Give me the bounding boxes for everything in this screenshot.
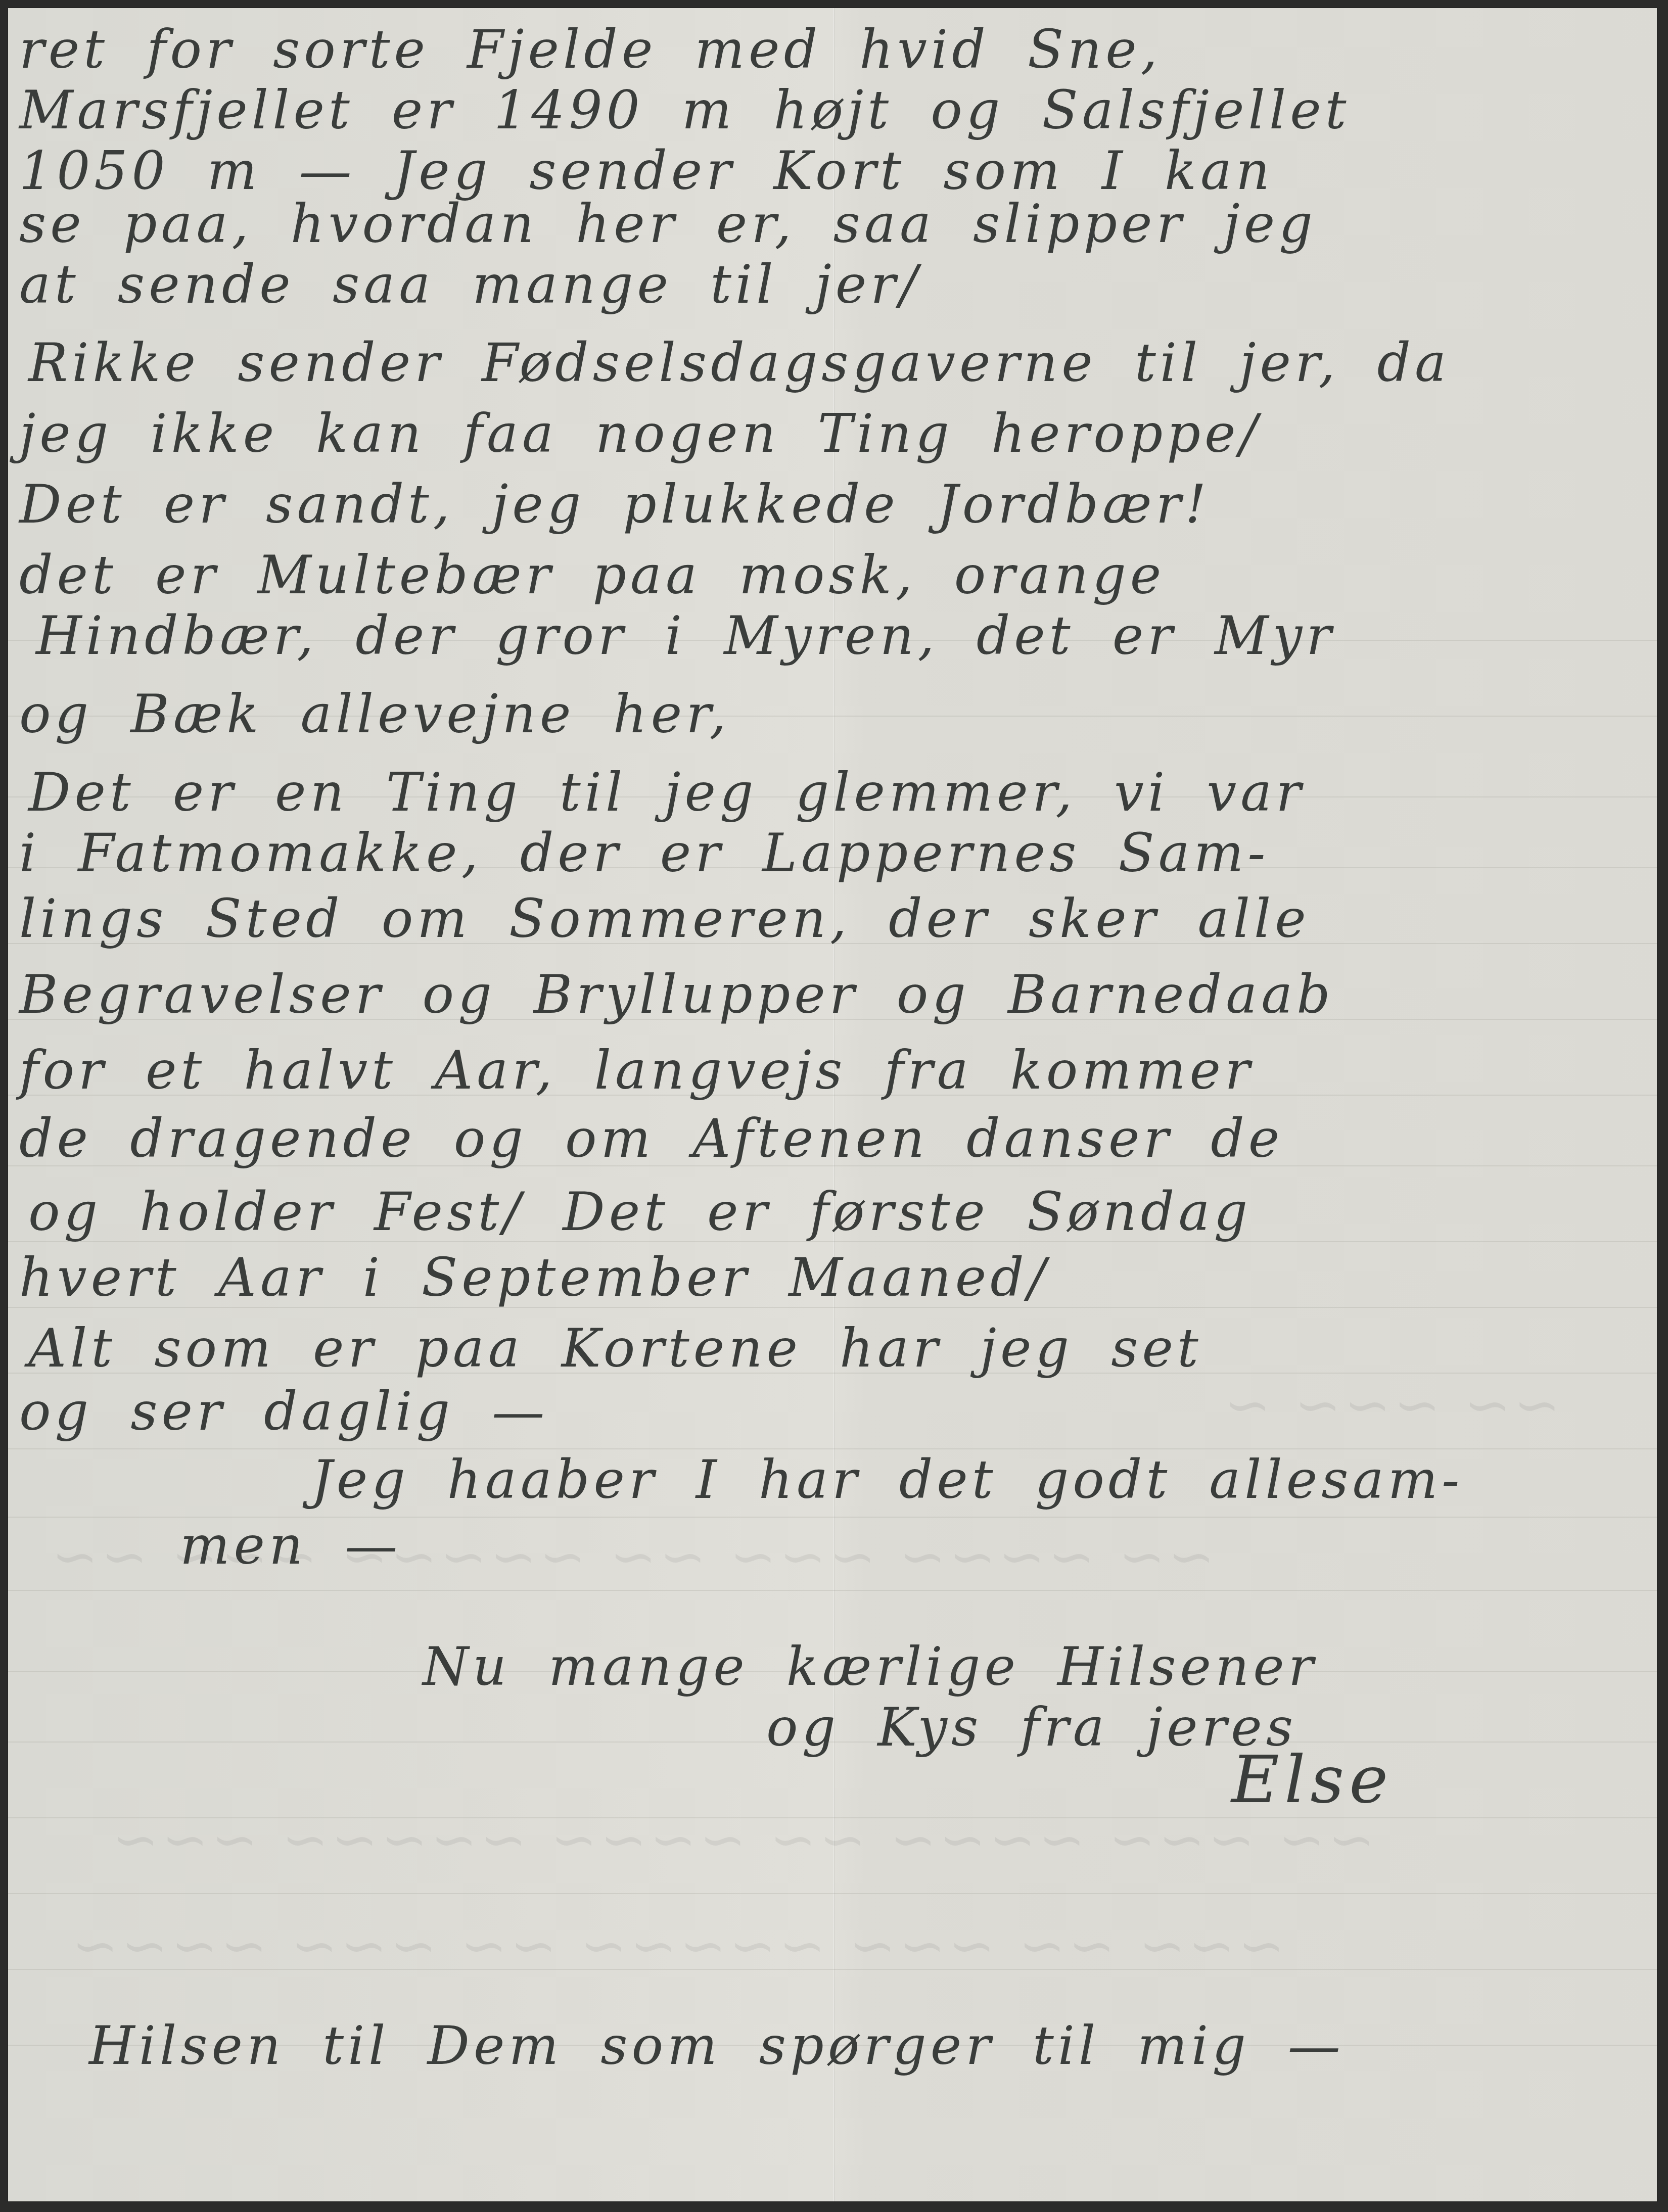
letter-line-2: Marsfjellet er 1490 m højt og Salsfjelle…: [19, 84, 1350, 136]
reverse-side-bleed-through: ~~ ~~~ ~: [1221, 1373, 1560, 1437]
ruled-line: [8, 1893, 1657, 1894]
letter-line-11: og Bæk allevejne her,: [19, 688, 730, 740]
letter-line-20: Alt som er paa Kortene har jeg set: [28, 1322, 1202, 1375]
letter-line-1: ret for sorte Fjelde med hvid Sne,: [19, 23, 1162, 76]
closing-kisses: og Kys fra jeres: [766, 1701, 1297, 1754]
letter-line-7: jeg ikke kan faa nogen Ting heroppe/: [19, 407, 1262, 460]
letter-line-10: Hindbær, der gror i Myren, det er Myr: [36, 609, 1335, 662]
postscript: Hilsen til Dem som spørger til mig —: [89, 2019, 1345, 2072]
letter-sheet: ~~ ~~~ ~~~~ ~~ ~~~~ ~~~~~ ~~~ ~~~ ~~ ~~~…: [8, 8, 1657, 2201]
letter-line-13: i Fatmomakke, der er Lappernes Sam-: [19, 827, 1269, 879]
letter-line-18: og holder Fest/ Det er første Søndag: [28, 1186, 1252, 1238]
letter-line-22: Jeg haaber I har det godt allesam-: [311, 1453, 1463, 1506]
ruled-line: [8, 1590, 1657, 1591]
letter-line-23: men —: [180, 1519, 401, 1572]
signature: Else: [1231, 1747, 1393, 1812]
letter-line-4: se paa, hvordan her er, saa slipper jeg: [19, 198, 1317, 250]
letter-line-5: at sende saa mange til jer/: [19, 258, 921, 311]
letter-line-17: de dragende og om Aftenen danser de: [19, 1112, 1283, 1165]
letter-line-19: hvert Aar i September Maaned/: [19, 1251, 1050, 1304]
letter-line-15: Begravelser og Bryllupper og Barnedaab: [19, 968, 1334, 1021]
letter-line-9: det er Multebær paa mosk, orange: [19, 549, 1165, 601]
letter-line-12: Det er en Ting til jeg glemmer, vi var: [28, 766, 1305, 819]
closing-greeting: Nu mange kærlige Hilsener: [423, 1640, 1317, 1693]
letter-line-6: Rikke sender Fødselsdagsgaverne til jer,…: [28, 337, 1450, 389]
reverse-side-bleed-through: ~~ ~~~ ~~~~ ~~ ~~~~ ~~~~~ ~~~: [109, 1807, 1375, 1872]
reverse-side-bleed-through: ~~~ ~~ ~~~ ~~~~~ ~~ ~~~ ~~~~: [69, 1913, 1285, 1978]
letter-line-8: Det er sandt, jeg plukkede Jordbær!: [19, 478, 1210, 531]
letter-line-3: 1050 m — Jeg sender Kort som I kan: [19, 145, 1274, 197]
letter-line-21: og ser daglig —: [19, 1385, 548, 1438]
letter-line-14: lings Sted om Sommeren, der sker alle: [19, 892, 1310, 945]
letter-line-16: for et halvt Aar, langvejs fra kommer: [19, 1044, 1254, 1097]
